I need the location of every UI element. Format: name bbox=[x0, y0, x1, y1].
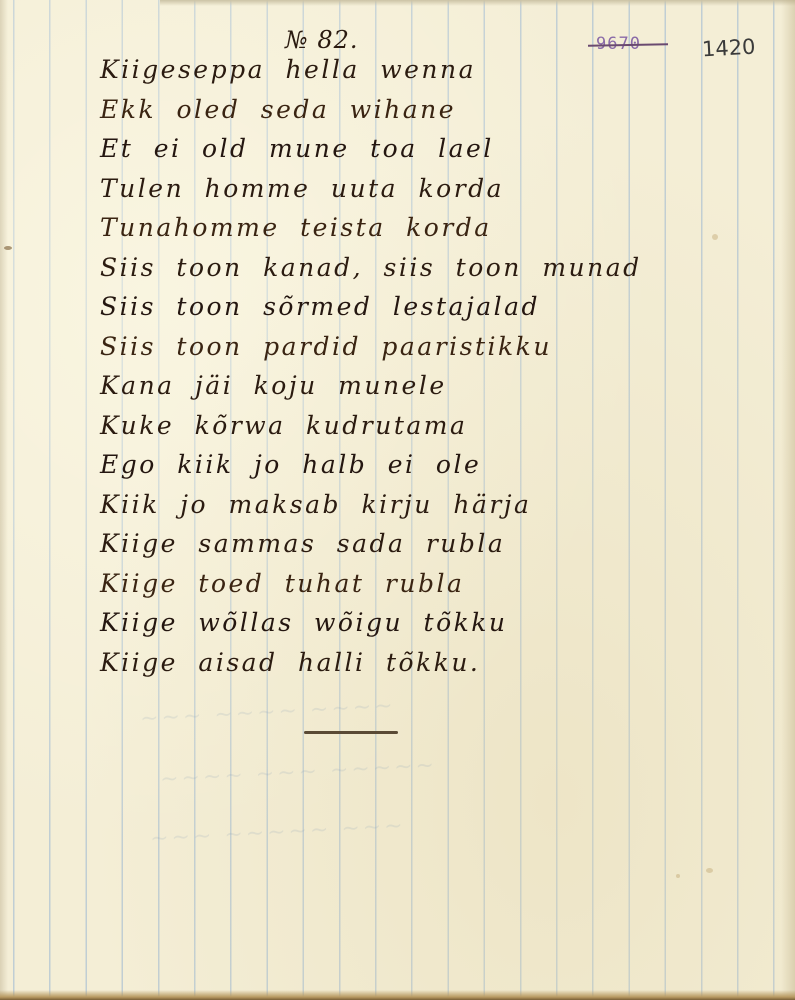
poem-line: Kiigeseppa hella wenna bbox=[100, 50, 642, 90]
poem-line: Ego kiik jo halb ei ole bbox=[100, 445, 642, 485]
bleed-through-text: ~~~ ~~~~ ~~~~ bbox=[140, 693, 397, 731]
paper-right-edge bbox=[781, 0, 795, 1000]
bleed-through-text: ~~~ ~~~~~ ~~~ bbox=[150, 813, 407, 851]
bleed-through-text: ~~~~ ~~~ ~~~~~ bbox=[160, 753, 438, 792]
poem-line: Tulen homme uuta korda bbox=[100, 169, 642, 209]
end-of-poem-rule bbox=[304, 731, 398, 734]
poem-text: Kiigeseppa hella wenna Ekk oled seda wih… bbox=[100, 50, 642, 682]
archive-page-number: 1420 bbox=[701, 35, 756, 62]
poem-line: Kiige aisad halli tõkku. bbox=[100, 643, 642, 683]
ink-speck bbox=[4, 246, 12, 250]
poem-line: Tunahomme teista korda bbox=[100, 208, 642, 248]
poem-line: Siis toon pardid paaristikku bbox=[100, 327, 642, 367]
poem-line: Ekk oled seda wihane bbox=[100, 90, 642, 130]
poem-line: Siis toon sõrmed lestajalad bbox=[100, 287, 642, 327]
poem-line: Kuke kõrwa kudrutama bbox=[100, 406, 642, 446]
manuscript-page: ~~~ ~~~~ ~~~~ ~~~~ ~~~ ~~~~~ ~~~ ~~~~~ ~… bbox=[0, 0, 795, 1000]
paper-stain bbox=[676, 874, 680, 878]
paper-left-edge bbox=[0, 0, 8, 1000]
poem-line: Et ei old mune toa lael bbox=[100, 129, 642, 169]
poem-line: Siis toon kanad, siis toon munad bbox=[100, 248, 642, 288]
poem-line: Kiige toed tuhat rubla bbox=[100, 564, 642, 604]
poem-line: Kana jäi koju munele bbox=[100, 366, 642, 406]
poem-line: Kiige sammas sada rubla bbox=[100, 524, 642, 564]
poem-line: Kiik jo maksab kirju härja bbox=[100, 485, 642, 525]
paper-top-edge bbox=[160, 0, 795, 6]
paper-stain bbox=[712, 234, 718, 240]
paper-bottom-edge bbox=[0, 990, 795, 1000]
paper-stain bbox=[706, 868, 713, 873]
poem-line: Kiige wõllas wõigu tõkku bbox=[100, 603, 642, 643]
